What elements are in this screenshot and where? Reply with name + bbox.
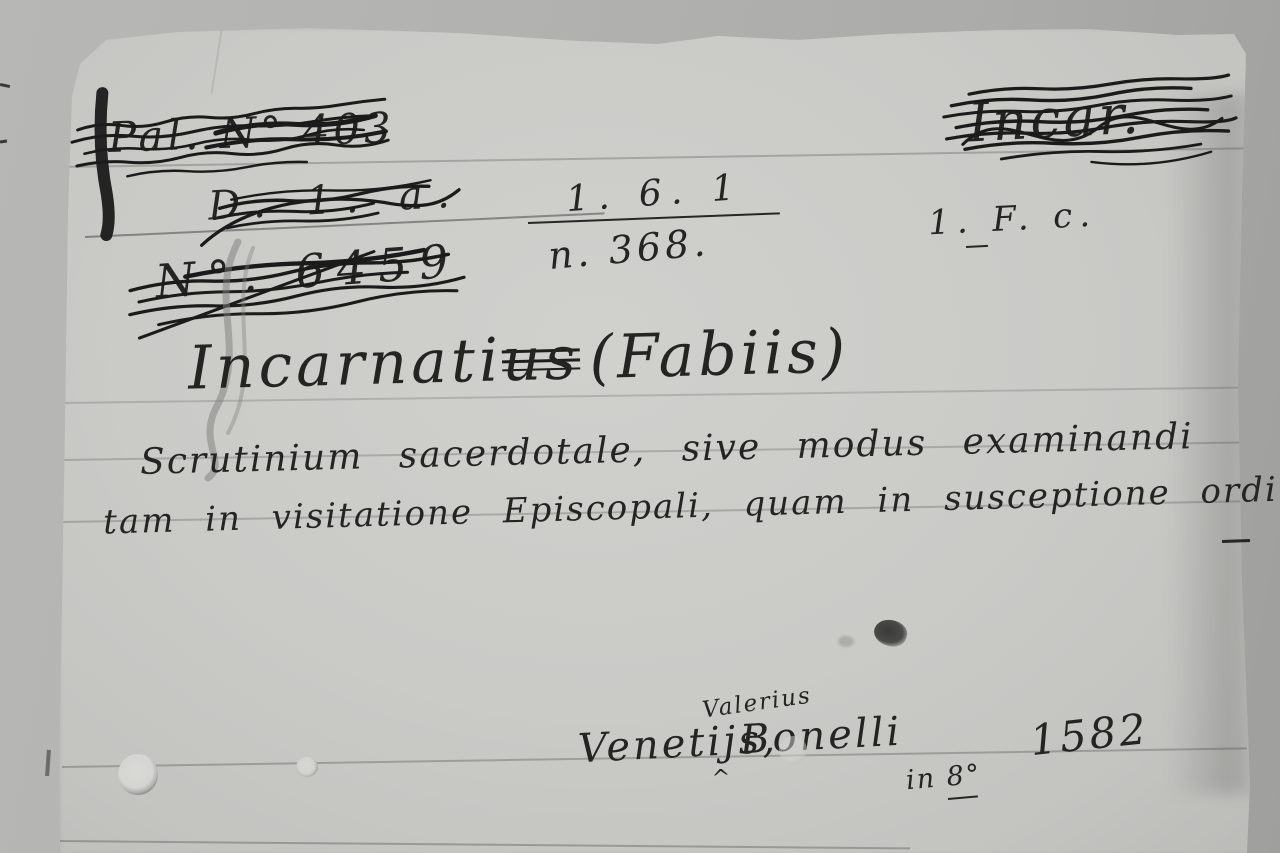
imprint-format-text: in 8° xyxy=(905,759,983,796)
author-heading-part1: Incarnati xyxy=(187,325,503,403)
author-heading-struck: us xyxy=(501,323,580,395)
background-mark xyxy=(45,750,51,776)
imprint-year: 1582 xyxy=(1028,708,1151,762)
punch-hole-small xyxy=(296,757,318,777)
imprint-publisher: Bonelli xyxy=(739,712,903,760)
author-heading-part2: (Fabiis) xyxy=(589,316,850,393)
imprint-caret: ^ xyxy=(711,767,731,790)
punch-hole-large xyxy=(118,754,158,795)
imprint-publisher-text: Bonelli xyxy=(739,709,903,763)
imprint-caret-text: ^ xyxy=(711,765,731,791)
author-heading: Incarnatius(Fabiis) xyxy=(187,321,850,398)
punch-hole-faint xyxy=(779,736,807,764)
background-mark xyxy=(0,140,7,144)
location-mark: 1. F. c. xyxy=(927,198,1098,241)
ink-smudge xyxy=(838,636,854,647)
photo-background: Pal. N° 403 D. 1. a. N°. 6459 xyxy=(0,0,1280,853)
imprint-format: in 8° xyxy=(905,761,982,794)
title-trailing-dash xyxy=(1222,539,1250,542)
strike-scribble-header xyxy=(936,63,1239,178)
ruled-line xyxy=(60,840,910,849)
background-mark xyxy=(0,83,10,88)
